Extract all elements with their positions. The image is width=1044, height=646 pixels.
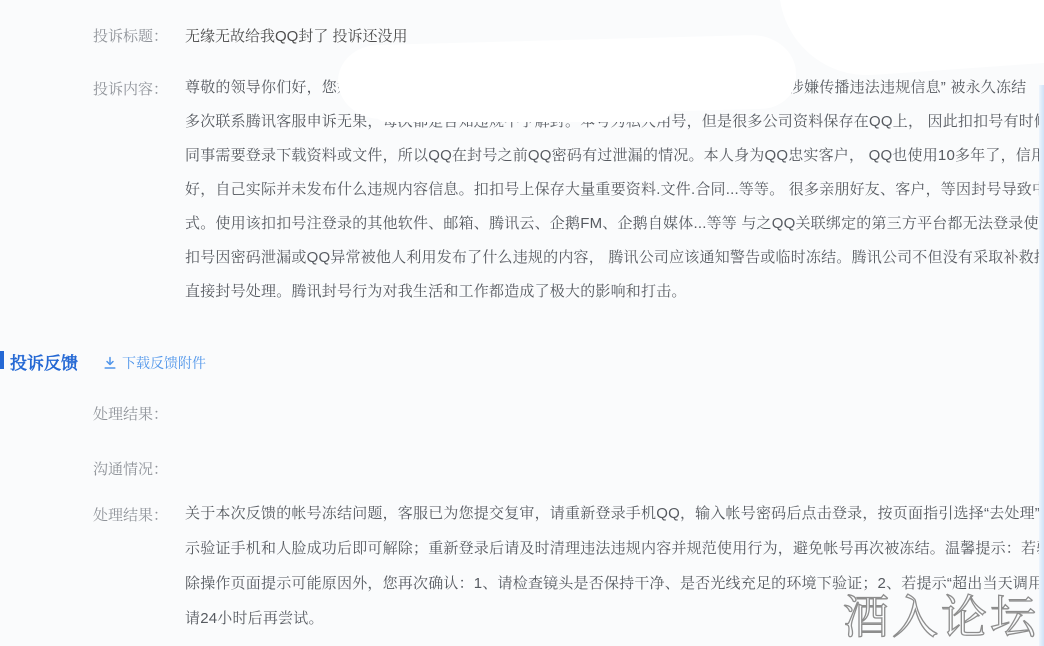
- content-line-1: 尊敬的领导你们好，您好 公司以“涉嫌传播违法违规信息” 被永久冻结: [185, 78, 352, 98]
- content-line-3: 同事需要登录下载资料或文件，所以QQ在封号之前QQ密码有过泄漏的情况。本人身为Q…: [185, 146, 1044, 166]
- scrollbar[interactable]: [1039, 85, 1044, 646]
- site-watermark: 酒入论坛: [843, 581, 1039, 646]
- result2-label: 处理结果：: [93, 504, 168, 525]
- result-line-4: 请24小时后再尝试。: [185, 609, 324, 629]
- result-label: 处理结果：: [93, 403, 168, 424]
- feedback-section-title: 投诉反馈: [10, 349, 78, 374]
- redaction-blob-top-right: [779, 0, 1044, 81]
- result-line-2: 示验证手机和人脸成功后即可解除；重新登录后请及时清理违法违规内容并规范使用行为，…: [185, 539, 1044, 559]
- download-icon: [103, 356, 117, 370]
- communication-label: 沟通情况：: [93, 458, 168, 479]
- result-line-1: 关于本次反馈的帐号冻结问题，客服已为您提交复审，请重新登录手机QQ，输入帐号密码…: [185, 504, 1040, 524]
- download-link-label: 下载反馈附件: [122, 353, 206, 373]
- download-feedback-attachment-link[interactable]: 下载反馈附件: [103, 353, 206, 373]
- content-line-4: 好，自己实际并未发布什么违规内容信息。扣扣号上保存大量重要资料.文件.合同...…: [185, 180, 1044, 200]
- content-line-7: 直接封号处理。腾讯封号行为对我生活和工作都造成了极大的影响和打击。: [185, 282, 687, 302]
- complaint-title-text: 无缘无故给我QQ封了 投诉还没用: [185, 25, 408, 46]
- complaint-content-label: 投诉内容：: [93, 78, 168, 99]
- complaint-detail-page: 投诉标题： 无缘无故给我QQ封了 投诉还没用 投诉内容： 尊敬的领导你们好，您好…: [0, 0, 1044, 646]
- redaction-blob-content-lower: [372, 92, 672, 122]
- content-line-1-left: 尊敬的领导你们好，您好: [185, 79, 352, 96]
- section-accent-bar: [0, 351, 4, 369]
- complaint-title-label: 投诉标题：: [93, 25, 168, 46]
- content-line-5: 式。使用该扣扣号注登录的其他软件、邮箱、腾讯云、企鹅FM、企鹅自媒体...等等 …: [185, 214, 1044, 234]
- content-line-6: 扣号因密码泄漏或QQ异常被他人利用发布了什么违规的内容， 腾讯公司应该通知警告或…: [185, 248, 1044, 268]
